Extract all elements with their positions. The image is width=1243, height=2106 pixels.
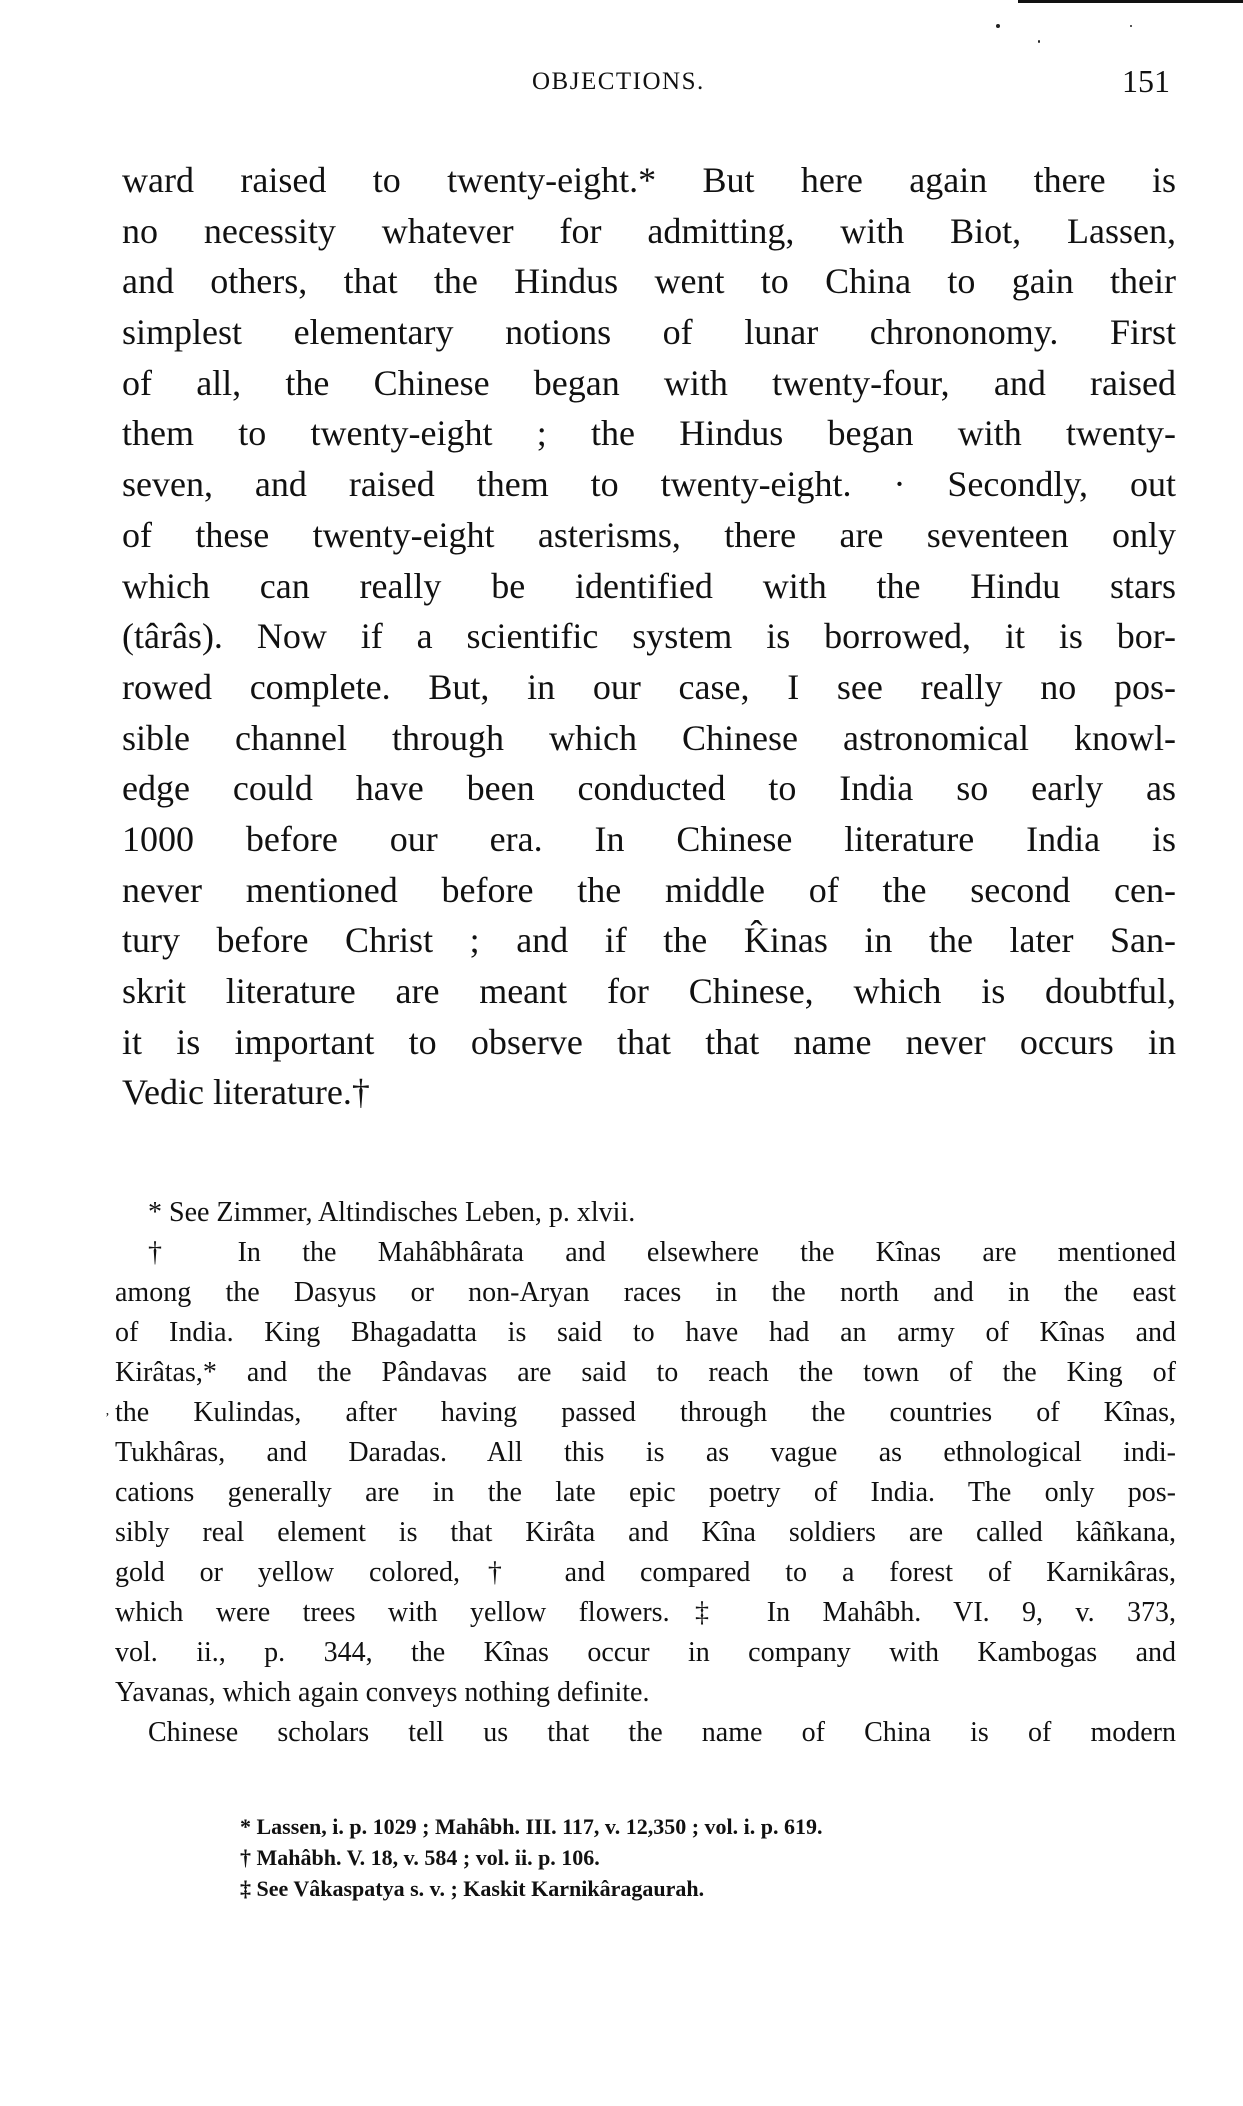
text-line: (târâs). Now if a scientific system is b… <box>122 611 1176 662</box>
main-text: ward raised to twenty-eight.* But here a… <box>122 155 1176 1118</box>
text-line: never mentioned before the middle of the… <box>122 865 1176 916</box>
sub-footnote-dagger: † Mahâbh. V. 18, v. 584 ; vol. ii. p. 10… <box>240 1842 822 1873</box>
footnote-line: sibly real element is that Kirâta and Kî… <box>115 1513 1176 1553</box>
running-title: OBJECTIONS. <box>532 62 705 102</box>
footnote-line: among the Dasyus or non-Aryan races in t… <box>115 1273 1176 1313</box>
text-line: and others, that the Hindus went to Chin… <box>122 256 1176 307</box>
footnote-line: Kirâtas,* and the Pândavas are said to r… <box>115 1353 1176 1393</box>
footnote-line: which were trees with yellow flowers.‡ I… <box>115 1593 1176 1633</box>
footnote-line: vol. ii., p. 344, the Kînas occur in com… <box>115 1633 1176 1673</box>
text-line: seven, and raised them to twenty-eight. … <box>122 459 1176 510</box>
scan-top-border <box>1018 0 1243 3</box>
scan-mark: ʼ <box>105 1399 110 1439</box>
text-line: rowed complete. But, in our case, I see … <box>122 662 1176 713</box>
text-line: of all, the Chinese began with twenty-fo… <box>122 358 1176 409</box>
scan-speck <box>996 24 1000 28</box>
footnote-dagger: † In the Mahâbhârata and elsewhere the K… <box>115 1233 1176 1273</box>
text-line: skrit literature are meant for Chinese, … <box>122 966 1176 1017</box>
footnotes: * See Zimmer, Altindisches Leben, p. xlv… <box>115 1193 1176 1753</box>
footnote-line: gold or yellow colored,† and compared to… <box>115 1553 1176 1593</box>
text-line: no necessity whatever for admitting, wit… <box>122 206 1176 257</box>
text-line: ward raised to twenty-eight.* But here a… <box>122 155 1176 206</box>
page-number: 151 <box>1122 59 1170 103</box>
text-line: tury before Christ ; and if the K̂inas i… <box>122 915 1176 966</box>
text-line: it is important to observe that that nam… <box>122 1017 1176 1068</box>
text-line: edge could have been conducted to India … <box>122 763 1176 814</box>
footnote-line: ʼ the Kulindas, after having passed thro… <box>115 1393 1176 1433</box>
footnote-line: cations generally are in the late epic p… <box>115 1473 1176 1513</box>
footnote-line: Tukhâras, and Daradas. All this is as va… <box>115 1433 1176 1473</box>
scan-speck <box>1038 40 1040 43</box>
sub-footnotes: * Lassen, i. p. 1029 ; Mahâbh. III. 117,… <box>240 1811 822 1904</box>
text-line: sible channel through which Chinese astr… <box>122 713 1176 764</box>
footnote-continuation: Chinese scholars tell us that the name o… <box>115 1713 1176 1753</box>
text-line: simplest elementary notions of lunar chr… <box>122 307 1176 358</box>
footnote-line-text: the Kulindas, after having passed throug… <box>115 1397 1176 1428</box>
text-line: Vedic literature.† <box>122 1067 1176 1118</box>
footnote-asterisk: * See Zimmer, Altindisches Leben, p. xlv… <box>115 1193 1176 1233</box>
sub-footnote-asterisk: * Lassen, i. p. 1029 ; Mahâbh. III. 117,… <box>240 1811 822 1842</box>
text-line: them to twenty-eight ; the Hindus began … <box>122 408 1176 459</box>
text-line: of these twenty-eight asterisms, there a… <box>122 510 1176 561</box>
footnote-line: of India. King Bhagadatta is said to hav… <box>115 1313 1176 1353</box>
sub-footnote-double-dagger: ‡ See Vâkaspatya s. v. ; Kaskit Karnikâr… <box>240 1873 822 1904</box>
running-header: OBJECTIONS. 151 <box>0 62 1243 102</box>
footnote-line: Yavanas, which again conveys nothing def… <box>115 1673 1176 1713</box>
text-line: which can really be identified with the … <box>122 561 1176 612</box>
scan-speck <box>1130 25 1132 27</box>
text-line: 1000 before our era. In Chinese literatu… <box>122 814 1176 865</box>
